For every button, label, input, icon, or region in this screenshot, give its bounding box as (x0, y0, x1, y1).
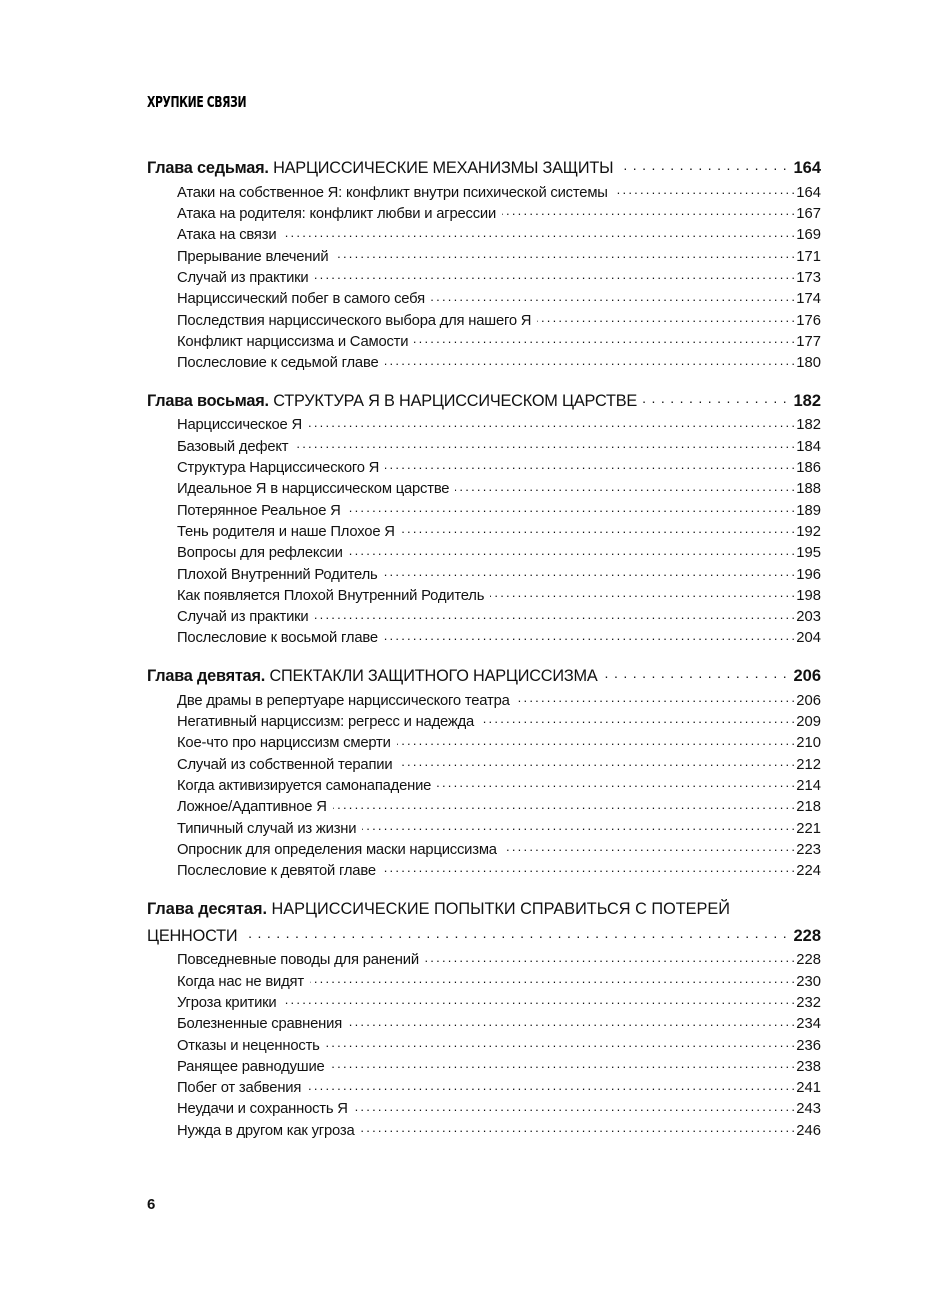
dot-leader (310, 971, 794, 986)
dot-leader (437, 775, 794, 790)
dot-leader (347, 500, 795, 515)
chapter-page-number: 206 (787, 663, 821, 690)
dot-leader (385, 457, 794, 472)
section-title: Типичный случай из жизни (177, 819, 356, 840)
toc-section-entry[interactable]: Побег от забвения241 (147, 1077, 821, 1098)
toc-chapter: Глава восьмая. СТРУКТУРА Я В НАРЦИССИЧЕС… (147, 388, 821, 649)
section-title: Неудачи и сохранность Я (177, 1099, 348, 1120)
section-title: Атака на связи (177, 225, 276, 246)
dot-leader (614, 182, 795, 197)
section-title: Ложное/Адаптивное Я (177, 797, 327, 818)
dot-leader (294, 436, 794, 451)
toc-section-entry[interactable]: Случай из собственной терапии212 (147, 754, 821, 775)
section-title: Послесловие к восьмой главе (177, 628, 378, 649)
dot-leader (414, 331, 794, 346)
dot-leader (307, 1077, 794, 1092)
section-page-number: 174 (794, 289, 821, 310)
dot-leader (480, 711, 794, 726)
section-page-number: 212 (794, 755, 821, 776)
toc-section-entry[interactable]: Атаки на собственное Я: конфликт внутри … (147, 182, 821, 203)
dot-leader (455, 479, 794, 494)
table-of-contents: Глава седьмая. НАРЦИССИЧЕСКИЕ МЕХАНИЗМЫ … (147, 155, 821, 1155)
running-head: ХРУПКИЕ СВЯЗИ (147, 93, 246, 111)
section-page-number: 186 (794, 458, 821, 479)
toc-section-entry[interactable]: Структура Нарциссического Я186 (147, 457, 821, 478)
section-title: Опросник для определения маски нарциссиз… (177, 840, 497, 861)
toc-section-entry[interactable]: Когда активизируется самонападение214 (147, 775, 821, 796)
toc-section-entry[interactable]: Конфликт нарциссизма и Самости177 (147, 331, 821, 352)
section-title: Отказы и неценность (177, 1036, 320, 1057)
toc-section-entry[interactable]: Плохой Внутренний Родитель196 (147, 564, 821, 585)
page-number: 6 (147, 1196, 155, 1213)
dot-leader (333, 796, 795, 811)
section-title: Две драмы в репертуаре нарциссического т… (177, 691, 510, 712)
chapter-title: НАРЦИССИЧЕСКИЕ МЕХАНИЗМЫ ЗАЩИТЫ (273, 159, 613, 177)
section-title: Атаки на собственное Я: конфликт внутри … (177, 183, 608, 204)
section-page-number: 171 (794, 247, 821, 268)
section-page-number: 243 (794, 1099, 821, 1120)
dot-leader (348, 1014, 794, 1029)
section-title: Ранящее равнодушие (177, 1057, 325, 1078)
dot-leader (398, 754, 794, 769)
section-title: Когда нас не видят (177, 972, 304, 993)
dot-leader (425, 950, 794, 965)
section-title: Как появляется Плохой Внутренний Родител… (177, 586, 484, 607)
dot-leader (490, 585, 794, 600)
chapter-label: ЦЕННОСТИ (147, 923, 237, 950)
section-page-number: 189 (794, 501, 821, 522)
dot-leader (643, 389, 787, 405)
dot-leader (283, 992, 795, 1007)
section-title: Негативный нарциссизм: регресс и надежда (177, 712, 474, 733)
section-page-number: 246 (794, 1121, 821, 1142)
section-page-number: 209 (794, 712, 821, 733)
section-page-number: 195 (794, 543, 821, 564)
dot-leader (431, 288, 794, 303)
section-page-number: 176 (794, 311, 821, 332)
toc-section-entry[interactable]: Атака на связи169 (147, 225, 821, 246)
dot-leader (331, 1056, 795, 1071)
dot-leader (382, 860, 794, 875)
toc-section-entry[interactable]: Тень родителя и наше Плохое Я192 (147, 521, 821, 542)
section-title: Базовый дефект (177, 437, 288, 458)
chapter-page-number: 164 (787, 155, 821, 182)
section-page-number: 203 (794, 607, 821, 628)
section-title: Нарциссический побег в самого себя (177, 289, 425, 310)
toc-section-entry[interactable]: Негативный нарциссизм: регресс и надежда… (147, 711, 821, 732)
section-page-number: 206 (794, 691, 821, 712)
section-page-number: 173 (794, 268, 821, 289)
toc-section-entry[interactable]: Когда нас не видят230 (147, 971, 821, 992)
section-page-number: 224 (794, 861, 821, 882)
toc-chapter-entry[interactable]: Глава девятая. СПЕКТАКЛИ ЗАЩИТНОГО НАРЦИ… (147, 663, 821, 690)
dot-leader (503, 839, 794, 854)
toc-section-entry[interactable]: Ложное/Адаптивное Я218 (147, 796, 821, 817)
chapter-title: СПЕКТАКЛИ ЗАЩИТНОГО НАРЦИССИЗМА (269, 667, 597, 685)
section-page-number: 188 (794, 479, 821, 500)
chapter-page-number: 228 (787, 923, 821, 950)
dot-leader (384, 628, 794, 643)
toc-section-entry[interactable]: Типичный случай из жизни221 (147, 818, 821, 839)
section-title: Послесловие к девятой главе (177, 861, 376, 882)
section-title: Прерывание влечений (177, 247, 328, 268)
dot-leader (401, 521, 795, 536)
toc-section-entry[interactable]: Опросник для определения маски нарциссиз… (147, 839, 821, 860)
chapter-heading-line: Глава десятая. НАРЦИССИЧЕСКИЕ ПОПЫТКИ СП… (147, 896, 821, 923)
dot-leader (362, 818, 794, 833)
toc-section-entry[interactable]: Послесловие к девятой главе224 (147, 860, 821, 881)
chapter-prefix: Глава девятая. (147, 667, 265, 685)
toc-chapter-entry[interactable]: Глава седьмая. НАРЦИССИЧЕСКИЕ МЕХАНИЗМЫ … (147, 155, 821, 182)
dot-leader (537, 310, 794, 325)
section-page-number: 204 (794, 628, 821, 649)
chapter-label: Глава девятая. СПЕКТАКЛИ ЗАЩИТНОГО НАРЦИ… (147, 663, 598, 690)
chapter-prefix: Глава десятая. (147, 900, 267, 918)
section-page-number: 182 (794, 415, 821, 436)
chapter-prefix: Глава восьмая. (147, 392, 269, 410)
section-page-number: 196 (794, 565, 821, 586)
toc-section-entry[interactable]: Угроза критики232 (147, 992, 821, 1013)
dot-leader (326, 1035, 795, 1050)
dot-leader (315, 267, 795, 282)
toc-section-entry[interactable]: Как появляется Плохой Внутренний Родител… (147, 585, 821, 606)
dot-leader (308, 415, 794, 430)
section-title: Вопросы для рефлексии (177, 543, 343, 564)
toc-section-entry[interactable]: Атака на родителя: конфликт любви и агре… (147, 203, 821, 224)
section-page-number: 214 (794, 776, 821, 797)
section-page-number: 232 (794, 993, 821, 1014)
section-title: Потерянное Реальное Я (177, 501, 341, 522)
toc-section-entry[interactable]: Две драмы в репертуаре нарциссического т… (147, 690, 821, 711)
section-page-number: 210 (794, 733, 821, 754)
section-page-number: 180 (794, 353, 821, 374)
section-page-number: 177 (794, 332, 821, 353)
toc-section-entry[interactable]: Нарциссическое Я182 (147, 415, 821, 436)
section-page-number: 238 (794, 1057, 821, 1078)
dot-leader (361, 1120, 795, 1135)
toc-section-entry[interactable]: Потерянное Реальное Я189 (147, 500, 821, 521)
section-title: Кое-что про нарциссизм смерти (177, 733, 391, 754)
section-title: Угроза критики (177, 993, 277, 1014)
section-title: Случай из практики (177, 268, 309, 289)
section-title: Идеальное Я в нарциссическом царстве (177, 479, 449, 500)
toc-section-entry[interactable]: Послесловие к восьмой главе204 (147, 628, 821, 649)
section-page-number: 241 (794, 1078, 821, 1099)
dot-leader (604, 665, 788, 681)
section-page-number: 198 (794, 586, 821, 607)
dot-leader (334, 246, 794, 261)
toc-section-entry[interactable]: Прерывание влечений171 (147, 246, 821, 267)
dot-leader (243, 924, 787, 940)
dot-leader (282, 225, 794, 240)
section-page-number: 230 (794, 972, 821, 993)
section-title: Послесловие к седьмой главе (177, 353, 379, 374)
section-title: Побег от забвения (177, 1078, 301, 1099)
section-title: Болезненные сравнения (177, 1014, 342, 1035)
dot-leader (384, 564, 795, 579)
toc-section-entry[interactable]: Ранящее равнодушие238 (147, 1056, 821, 1077)
toc-section-entry[interactable]: Последствия нарциссического выбора для н… (147, 310, 821, 331)
section-title: Последствия нарциссического выбора для н… (177, 311, 531, 332)
toc-section-entry[interactable]: Случай из практики203 (147, 606, 821, 627)
toc-section-entry[interactable]: Случай из практики173 (147, 267, 821, 288)
toc-section-entry[interactable]: Кое-что про нарциссизм смерти210 (147, 733, 821, 754)
dot-leader (349, 542, 795, 557)
chapter-label: Глава седьмая. НАРЦИССИЧЕСКИЕ МЕХАНИЗМЫ … (147, 155, 613, 182)
chapter-title: НАРЦИССИЧЕСКИЕ ПОПЫТКИ СПРАВИТЬСЯ С ПОТЕ… (272, 900, 730, 918)
chapter-page-number: 182 (787, 388, 821, 415)
section-title: Когда активизируется самонападение (177, 776, 431, 797)
section-page-number: 184 (794, 437, 821, 458)
section-page-number: 164 (794, 183, 821, 204)
section-page-number: 218 (794, 797, 821, 818)
chapter-label: Глава восьмая. СТРУКТУРА Я В НАРЦИССИЧЕС… (147, 388, 637, 415)
dot-leader (315, 606, 795, 621)
section-title: Случай из собственной терапии (177, 755, 392, 776)
section-page-number: 167 (794, 204, 821, 225)
toc-section-entry[interactable]: Вопросы для рефлексии195 (147, 542, 821, 563)
toc-section-entry[interactable]: Неудачи и сохранность Я243 (147, 1099, 821, 1120)
section-page-number: 236 (794, 1036, 821, 1057)
dot-leader (385, 352, 795, 367)
section-page-number: 169 (794, 225, 821, 246)
section-title: Нарциссическое Я (177, 415, 302, 436)
toc-section-entry[interactable]: Нарциссический побег в самого себя174 (147, 288, 821, 309)
toc-section-entry[interactable]: Идеальное Я в нарциссическом царстве188 (147, 479, 821, 500)
section-title: Плохой Внутренний Родитель (177, 565, 378, 586)
toc-section-entry[interactable]: Болезненные сравнения234 (147, 1014, 821, 1035)
section-page-number: 223 (794, 840, 821, 861)
section-title: Случай из практики (177, 607, 309, 628)
toc-section-entry[interactable]: Послесловие к седьмой главе180 (147, 352, 821, 373)
dot-leader (619, 157, 787, 173)
section-title: Нужда в другом как угроза (177, 1121, 355, 1142)
toc-chapter: Глава седьмая. НАРЦИССИЧЕСКИЕ МЕХАНИЗМЫ … (147, 155, 821, 374)
section-page-number: 234 (794, 1014, 821, 1035)
section-title: Атака на родителя: конфликт любви и агре… (177, 204, 496, 225)
section-title: Структура Нарциссического Я (177, 458, 379, 479)
chapter-title: СТРУКТУРА Я В НАРЦИССИЧЕСКОМ ЦАРСТВЕ (273, 392, 637, 410)
toc-chapter: Глава десятая. НАРЦИССИЧЕСКИЕ ПОПЫТКИ СП… (147, 896, 821, 1142)
section-title: Тень родителя и наше Плохое Я (177, 522, 395, 543)
dot-leader (502, 203, 794, 218)
toc-section-entry[interactable]: Повседневные поводы для ранений228 (147, 950, 821, 971)
toc-section-entry[interactable]: Базовый дефект184 (147, 436, 821, 457)
toc-section-entry[interactable]: Нужда в другом как угроза246 (147, 1120, 821, 1141)
toc-section-entry[interactable]: Отказы и неценность236 (147, 1035, 821, 1056)
section-page-number: 228 (794, 950, 821, 971)
section-page-number: 192 (794, 522, 821, 543)
section-title: Конфликт нарциссизма и Самости (177, 332, 408, 353)
toc-chapter-entry[interactable]: ЦЕННОСТИ228 (147, 923, 821, 950)
dot-leader (516, 690, 795, 705)
dot-leader (397, 733, 795, 748)
section-page-number: 221 (794, 819, 821, 840)
section-title: Повседневные поводы для ранений (177, 950, 419, 971)
toc-chapter-entry[interactable]: Глава восьмая. СТРУКТУРА Я В НАРЦИССИЧЕС… (147, 388, 821, 415)
toc-chapter: Глава девятая. СПЕКТАКЛИ ЗАЩИТНОГО НАРЦИ… (147, 663, 821, 882)
dot-leader (354, 1099, 795, 1114)
chapter-prefix: Глава седьмая. (147, 159, 269, 177)
